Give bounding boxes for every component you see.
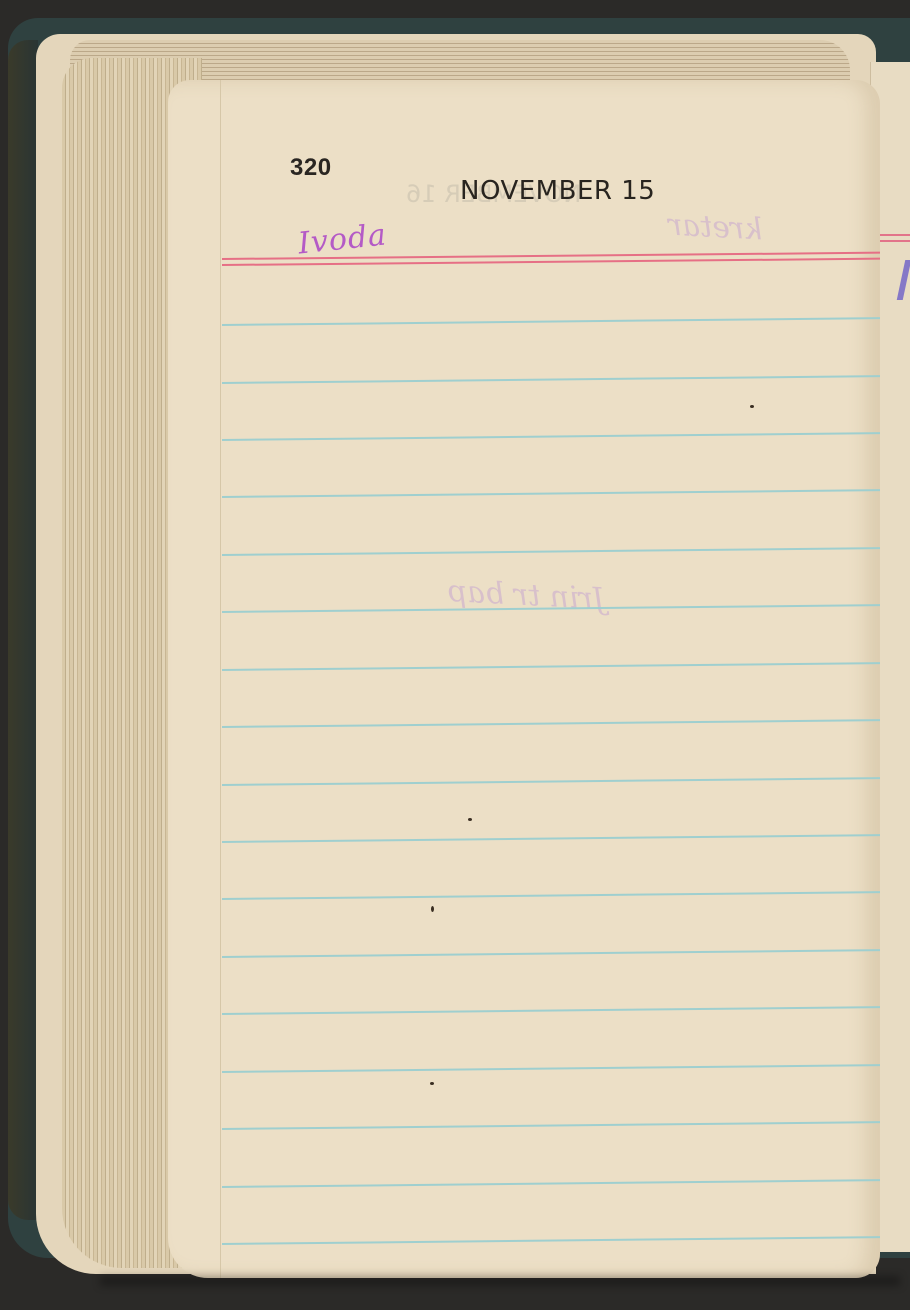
paper-speck: [430, 1082, 434, 1085]
book-spine: [8, 40, 38, 1220]
ruled-line: [222, 489, 880, 498]
paper-speck: [431, 906, 434, 912]
ruled-line: [222, 891, 880, 900]
ruled-line: [222, 777, 880, 786]
book-shadow: [100, 1276, 900, 1286]
bleed-through-text: kretar: [667, 208, 763, 248]
bleed-through-text: Jrin tr bap: [447, 574, 606, 617]
ruled-line: [222, 1064, 880, 1073]
page-date-heading: NOVEMBER 15: [460, 176, 655, 206]
ruled-line: [222, 375, 880, 384]
ruled-line: [222, 719, 880, 728]
ruled-line: [222, 949, 880, 958]
ruled-line: [222, 1236, 880, 1245]
paper-speck: [468, 818, 472, 821]
paper-speck: [750, 405, 754, 408]
ruled-line: [222, 1006, 880, 1015]
ruled-line: [222, 1121, 880, 1130]
handwritten-entry: Ivoda: [296, 217, 388, 261]
ruled-line: [222, 1179, 880, 1188]
facing-page-ink-mark: [897, 260, 910, 300]
ruled-line: [222, 662, 880, 671]
ruled-line: [222, 432, 880, 441]
diary-page: NOVEMBER 16 320 NOVEMBER 15 Ivoda kretar…: [168, 80, 880, 1278]
page-number: 320: [290, 154, 332, 182]
ruled-line: [222, 834, 880, 843]
page-fold-edge: [220, 80, 221, 1278]
ruled-line: [222, 317, 880, 326]
ruled-line: [222, 547, 880, 556]
